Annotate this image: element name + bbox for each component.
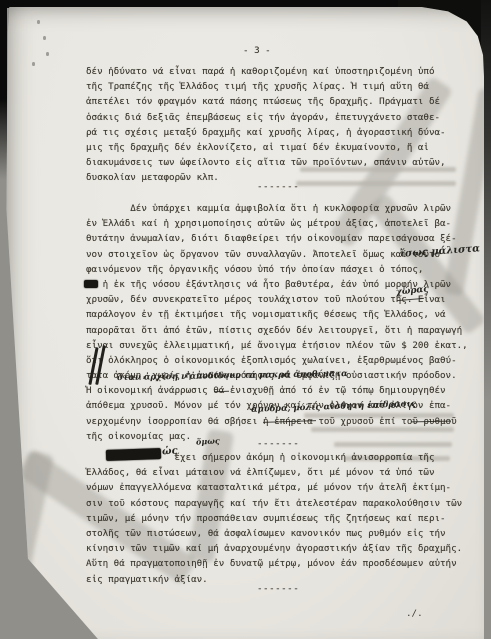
typed-line: τῆς Τραπέζης τῆς Ἑλλάδος τιμή τῆς χρυσῆς… xyxy=(86,79,484,94)
typed-line: Αὕτη θά πραγματοποιηθῇ ἐν δυνατῷ μέτρῳ, … xyxy=(86,556,484,571)
ink-blot xyxy=(84,280,98,288)
ink-blot xyxy=(106,448,161,461)
pencil-dot xyxy=(37,20,40,24)
typed-line: Δέν ὑπάρχει καμμία ἀμφιβολία ὅτι ἡ κυκλο… xyxy=(86,201,484,216)
typed-line: τιμῶν, μέ μόνην τήν προσπάθειαν συμπιέσε… xyxy=(86,511,484,526)
paragraph: δέν ἠδύνατο νά εἶναι παρά ἡ καθοριζομένη… xyxy=(5,64,484,186)
typed-line: ὁσάκις διά δεξιᾶς ἐπεμβάσεως εἰς τήν ἀγο… xyxy=(86,110,484,125)
document-page: - 3 - δέν ἠδύνατο νά εἶναι παρά ἡ καθορι… xyxy=(5,7,484,639)
typed-line: εἶναι συνεχῶς ἐλλειμματική, μέ ἄνοιγμα ἐ… xyxy=(86,338,484,353)
typed-line: ὅτι ὁλόκληρος ὁ οἰκονομικός ἐξοπλισμός χ… xyxy=(86,353,484,368)
continuation-mark: ./. xyxy=(406,608,423,620)
typed-line: μις τῆς δραχμῆς δέν ἐκλονίζετο, αἱ τιμαί… xyxy=(86,140,484,155)
section-separator: ------- xyxy=(257,181,299,193)
typed-line: στολῆς τῶν πιστώσεων, θά ἀσφαλίσωμεν καν… xyxy=(86,526,484,541)
typed-line: δέν ἠδύνατο νά εἶναι παρά ἡ καθοριζομένη… xyxy=(86,64,484,79)
section-separator: ------- xyxy=(257,438,299,450)
typed-line: θυτάτην ἀνωμαλίαν, διότι διαφθείρει τήν … xyxy=(86,231,484,246)
pencil-dot xyxy=(32,62,35,66)
typed-line: Ἑλλάδος, θά εἶναι μάταιον νά ἐλπίζωμεν, … xyxy=(86,465,484,480)
typed-line: φαινόμενον τῆς ὀργανικῆς νόσου ὑπό τήν ὁ… xyxy=(86,262,484,277)
typed-line: ρά τις σχέσις μεταξύ δραχμῆς καί χρυσῆς … xyxy=(86,125,484,140)
typed-line: ἀπετέλει τόν φραγμόν κατά πάσης πτώσεως … xyxy=(86,94,484,109)
pencil-dot xyxy=(46,52,49,56)
paragraph: ἔχει σήμερον ἀκόμη ἡ οἰκονομική ἀνισορρο… xyxy=(5,450,484,587)
typed-line: παράλογον ἐν τῇ ἐκτιμήσει τῆς νομισματικ… xyxy=(86,307,484,322)
handwritten-annotation: ὅμως xyxy=(196,435,220,446)
scan-edge-left xyxy=(0,0,7,180)
scanned-document-photo: - 3 - δέν ἠδύνατο νά εἶναι παρά ἡ καθορι… xyxy=(0,0,491,639)
typed-line: διακυμάνσεις των ὠφείλοντο εἰς αἴτια τῶν… xyxy=(86,155,484,170)
handwritten-annotation: ὡς xyxy=(162,445,179,457)
typed-line: νόμων ἐπαγγελλόμενα κατασταλτικά μέτρα, … xyxy=(86,480,484,495)
typed-line: παρορᾶται ὅτι ἀπό ἐτῶν, πίστις σχεδόν δέ… xyxy=(86,323,484,338)
page-number: - 3 - xyxy=(243,45,271,57)
typed-line: Ἡ οἰκονομική ἀνάρρωσις θά ἐνισχυθῇ ἀπό τ… xyxy=(86,383,484,398)
section-separator: ------- xyxy=(257,583,299,595)
pencil-dot xyxy=(43,36,46,40)
typed-line: σιν τοῦ κόστους παραγωγῆς καί τήν ἔτι ἀτ… xyxy=(86,496,484,511)
typed-line: κίνησιν τῶν τιμῶν καί μή ἀναρχουμένην ἀγ… xyxy=(86,541,484,556)
typed-line: ἐν Ἑλλάδι καί ἡ χρησιμοποίησις αὐτῶν ὡς … xyxy=(86,216,484,231)
